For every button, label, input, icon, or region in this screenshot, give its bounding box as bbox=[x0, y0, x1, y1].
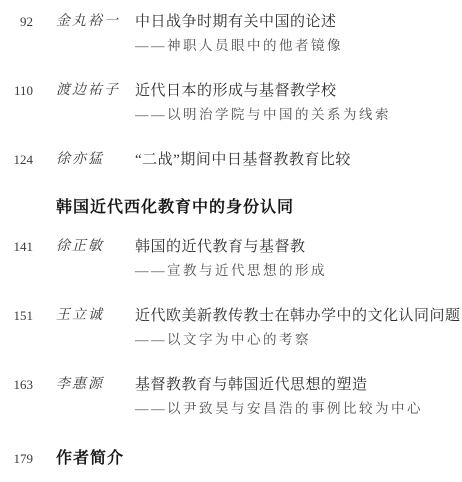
author-name: 李惠源 bbox=[56, 373, 135, 421]
page-number: 110 bbox=[0, 79, 56, 127]
toc-footer-entry: 179 作者简介 bbox=[0, 448, 462, 470]
entry-subtitle: ——以文字为中心的考察 bbox=[135, 328, 462, 352]
page-number: 92 bbox=[0, 10, 56, 58]
author-name: 徐亦猛 bbox=[56, 148, 135, 172]
entry-subtitle: ——宣教与近代思想的形成 bbox=[135, 259, 462, 283]
entry-title: 中日战争时期有关中国的论述 bbox=[135, 10, 462, 34]
author-name: 王立诚 bbox=[56, 304, 135, 352]
toc-entry: 110 渡边祐子 近代日本的形成与基督教学校 ——以明治学院与中国的关系为线索 bbox=[0, 79, 462, 127]
page-number: 163 bbox=[0, 373, 56, 421]
author-name: 徐正敏 bbox=[56, 235, 135, 283]
entry-title: 基督教教育与韩国近代思想的塑造 bbox=[135, 373, 462, 397]
author-name: 金丸裕一 bbox=[56, 10, 135, 58]
page-number: 124 bbox=[0, 148, 56, 172]
entry-title: 近代日本的形成与基督教学校 bbox=[135, 79, 462, 103]
toc-entry: 151 王立诚 近代欧美新教传教士在韩办学中的文化认同问题 ——以文字为中心的考… bbox=[0, 304, 462, 352]
toc-entry: 92 金丸裕一 中日战争时期有关中国的论述 ——神职人员眼中的他者镜像 bbox=[0, 10, 462, 58]
toc-entry: 141 徐正敏 韩国的近代教育与基督教 ——宣教与近代思想的形成 bbox=[0, 235, 462, 283]
footer-label: 作者简介 bbox=[56, 448, 462, 470]
toc-entry: 163 李惠源 基督教教育与韩国近代思想的塑造 ——以尹致昊与安昌浩的事例比较为… bbox=[0, 373, 462, 421]
page-number: 141 bbox=[0, 235, 56, 283]
section-heading: 韩国近代西化教育中的身份认同 bbox=[56, 198, 462, 218]
toc-page: 92 金丸裕一 中日战争时期有关中国的论述 ——神职人员眼中的他者镜像 110 … bbox=[0, 0, 462, 482]
entry-subtitle: ——以尹致昊与安昌浩的事例比较为中心 bbox=[135, 397, 462, 421]
entry-title: “二战”期间中日基督教教育比较 bbox=[135, 148, 462, 172]
entry-subtitle: ——神职人员眼中的他者镜像 bbox=[135, 34, 462, 58]
author-name: 渡边祐子 bbox=[56, 79, 135, 127]
page-number: 151 bbox=[0, 304, 56, 352]
entry-title: 韩国的近代教育与基督教 bbox=[135, 235, 462, 259]
entry-title: 近代欧美新教传教士在韩办学中的文化认同问题 bbox=[135, 304, 462, 328]
toc-entry: 124 徐亦猛 “二战”期间中日基督教教育比较 bbox=[0, 148, 462, 172]
entry-subtitle: ——以明治学院与中国的关系为线索 bbox=[135, 103, 462, 127]
page-number: 179 bbox=[0, 448, 56, 470]
